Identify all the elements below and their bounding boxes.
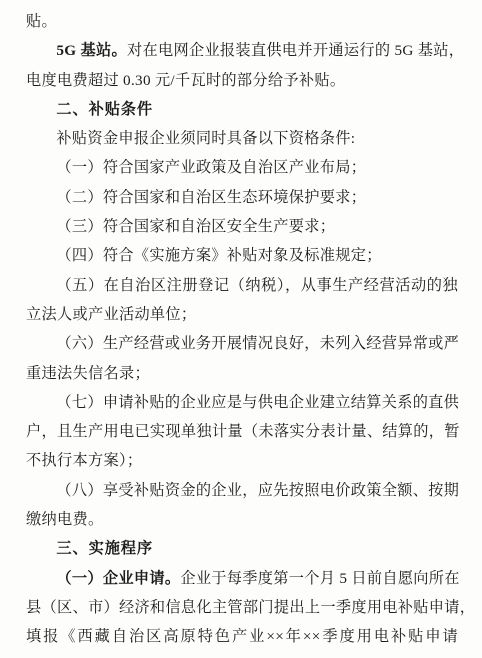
list-item-line: （一）符合国家产业政策及自治区产业布局； xyxy=(26,153,458,182)
list-item-line: （二）符合国家和自治区生态环境保护要求； xyxy=(26,183,458,212)
section-heading: 二、补贴条件 xyxy=(26,95,458,124)
list-item-tail-line: 重违法失信名录； xyxy=(26,359,458,388)
list-item-line: （六）生产经营或业务开展情况良好，未列入经营异常或严 xyxy=(26,329,458,358)
list-item-line: （三）符合国家和自治区安全生产要求； xyxy=(26,212,458,241)
paragraph-line: （一）企业申请。企业于每季度第一个月 5 日前自愿向所在 xyxy=(26,564,458,593)
list-item-tail-line: 缴纳电费。 xyxy=(26,505,458,534)
paragraph-line: 5G 基站。对在电网企业报装直供电并开通运行的 5G 基站， xyxy=(26,36,458,65)
list-item-tail-line: 户，且生产用电已实现单独计量（未落实分表计量、结算的，暂 xyxy=(26,417,458,446)
list-item-tail-line: 立法人或产业活动单位； xyxy=(26,300,458,329)
paragraph-tail-line: 贴。 xyxy=(26,7,458,36)
document-page: 贴。 5G 基站。对在电网企业报装直供电并开通运行的 5G 基站， 电度电费超过… xyxy=(0,0,482,658)
section-heading: 三、实施程序 xyxy=(26,534,458,563)
paragraph-tail-line: 填报《西藏自治区高原特色产业××年××季度用电补贴申请 xyxy=(26,622,458,651)
paragraph-tail-line: 电度电费超过 0.30 元/千瓦时的部分给予补贴。 xyxy=(26,66,458,95)
paragraph-text: 对在电网企业报装直供电并开通运行的 5G 基站， xyxy=(127,42,464,59)
list-item-line: （四）符合《实施方案》补贴对象及标准规定； xyxy=(26,241,458,270)
list-item-line: （五）在自治区注册登记（纳税），从事生产经营活动的独 xyxy=(26,271,458,300)
list-item-line: （八）享受补贴资金的企业，应先按照电价政策全额、按期 xyxy=(26,476,458,505)
paragraph-tail-line: 县（区、市）经济和信息化主管部门提出上一季度用电补贴申请， xyxy=(26,593,458,622)
run-in-heading: （一）企业申请。 xyxy=(56,570,180,587)
run-in-heading: 5G 基站。 xyxy=(56,42,127,59)
paragraph-text: 企业于每季度第一个月 5 日前自愿向所在 xyxy=(180,570,459,587)
paragraph-line: 补贴资金申报企业须同时具备以下资格条件: xyxy=(26,124,458,153)
list-item-line: （七）申请补贴的企业应是与供电企业建立结算关系的直供 xyxy=(26,388,458,417)
list-item-tail-line: 不执行本方案）； xyxy=(26,446,458,475)
